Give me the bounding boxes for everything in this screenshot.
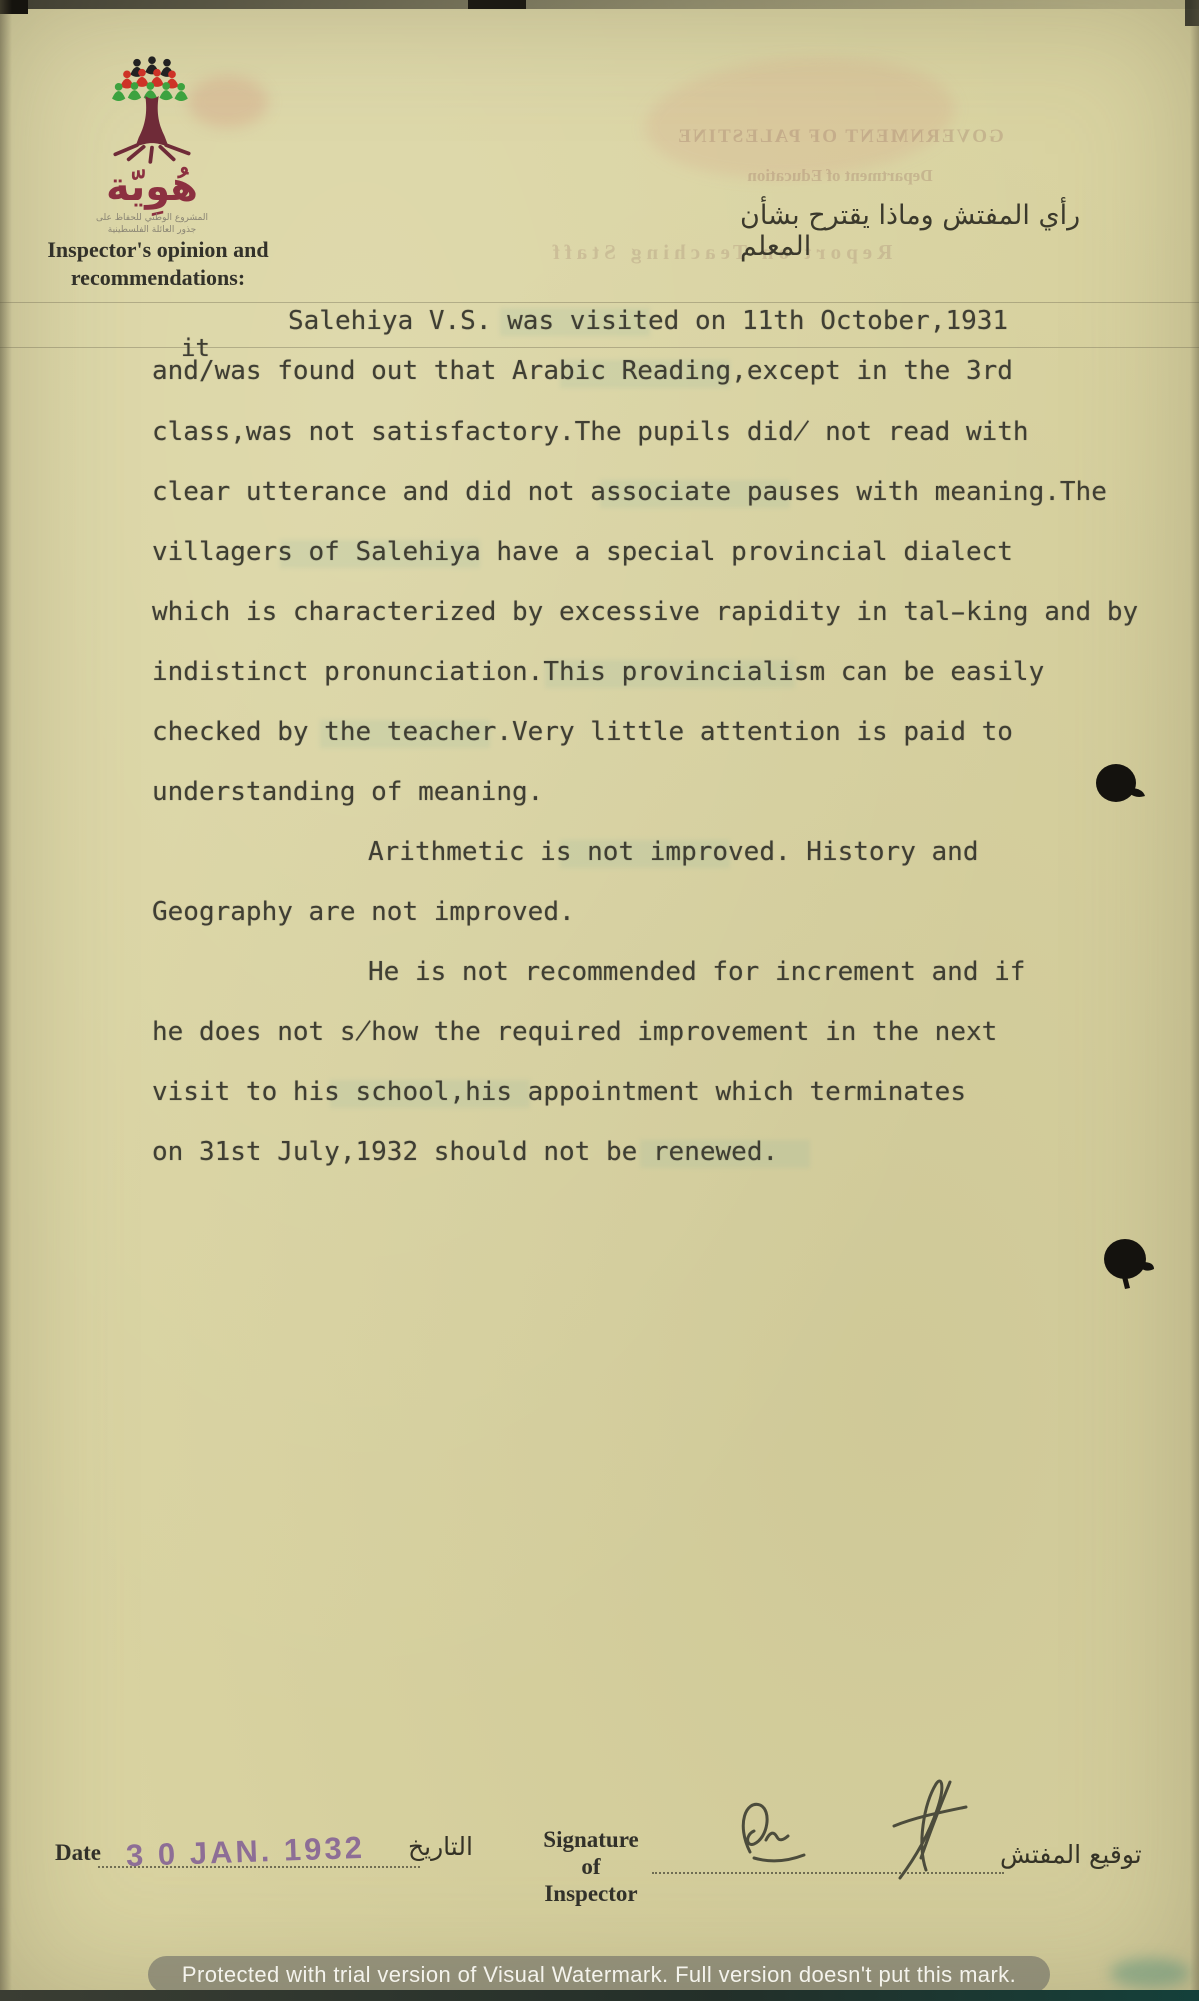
typed-line: understanding of meaning.	[152, 777, 543, 807]
bleed-through-text: GOVERNMENT OF PALESTINE	[620, 126, 1060, 148]
scan-edge	[1190, 0, 1199, 2001]
typed-line: clear utterance and did not associate pa…	[152, 477, 1107, 507]
scan-edge	[0, 0, 12, 2001]
typed-line: villagers of Salehiya have a special pro…	[152, 537, 1013, 567]
scan-crease	[0, 302, 1199, 303]
typed-line: class,was not satisfactory.The pupils di…	[152, 417, 1029, 447]
typed-line: checked by the teacher.Very little atten…	[152, 717, 1013, 747]
date-label: Date	[55, 1840, 101, 1866]
typed-line: and/was found out that Arabic Reading,ex…	[152, 356, 1013, 386]
arabic-section-title: رأي المفتش وماذا يقترح بشأن المعلم	[740, 200, 1110, 262]
date-label-arabic: التاريخ	[408, 1832, 473, 1861]
people-tree-icon	[102, 52, 202, 170]
scan-edge	[0, 1990, 1199, 2001]
paper-stain	[1110, 1958, 1190, 1988]
inspector-signature-label-arabic: توقيع المفتش	[1000, 1840, 1142, 1869]
inspector-opinion-label-line1: Inspector's opinion and	[34, 236, 282, 264]
handwritten-signature	[714, 1772, 1024, 1892]
watermark-text: Protected with trial version of Visual W…	[182, 1962, 1016, 1988]
typed-line: on 31st July,1932 should not be renewed.	[152, 1137, 778, 1167]
signature-of-inspector-label: Signature of Inspector	[531, 1826, 651, 1907]
typed-line: He is not recommended for increment and …	[368, 957, 1025, 987]
signature-label-line2: Inspector	[531, 1880, 651, 1907]
scan-edge-mark	[468, 0, 526, 9]
typed-line: he does not s̸how the required improveme…	[152, 1017, 997, 1047]
typed-line: indistinct pronunciation.This provincial…	[152, 657, 1044, 687]
scan-edge	[0, 0, 1199, 9]
typed-line: Salehiya V.S. was visited on 11th Octobe…	[288, 306, 1008, 336]
logo-tagline: المشروع الوطني للحفاظ على جذور العائلة ا…	[92, 212, 212, 236]
typed-line: visit to his school,his appointment whic…	[152, 1077, 966, 1107]
scanned-document-page: GOVERNMENT OF PALESTINE Department of Ed…	[0, 0, 1199, 2001]
logo-tagline-line2: جذور العائلة الفلسطينية	[92, 224, 212, 236]
brand-name-arabic: هُوِيّة	[92, 166, 212, 208]
scan-crease	[0, 347, 1199, 348]
ink-blot	[1090, 758, 1152, 810]
signature-label-line1: Signature of	[531, 1826, 651, 1880]
inspector-opinion-label: Inspector's opinion and recommendations:	[34, 236, 282, 292]
typed-line: Arithmetic is not improved. History and	[368, 837, 978, 867]
watermark-bar: Protected with trial version of Visual W…	[148, 1956, 1050, 1993]
organization-logo: هُوِيّة المشروع الوطني للحفاظ على جذور ا…	[92, 52, 212, 236]
inspector-opinion-label-line2: recommendations:	[34, 264, 282, 292]
typed-line: which is characterized by excessive rapi…	[152, 597, 1138, 627]
logo-tagline-line1: المشروع الوطني للحفاظ على	[92, 212, 212, 224]
bleed-through-text: Department of Education	[680, 166, 1000, 186]
typed-line: Geography are not improved.	[152, 897, 575, 927]
ink-blot	[1098, 1234, 1162, 1296]
